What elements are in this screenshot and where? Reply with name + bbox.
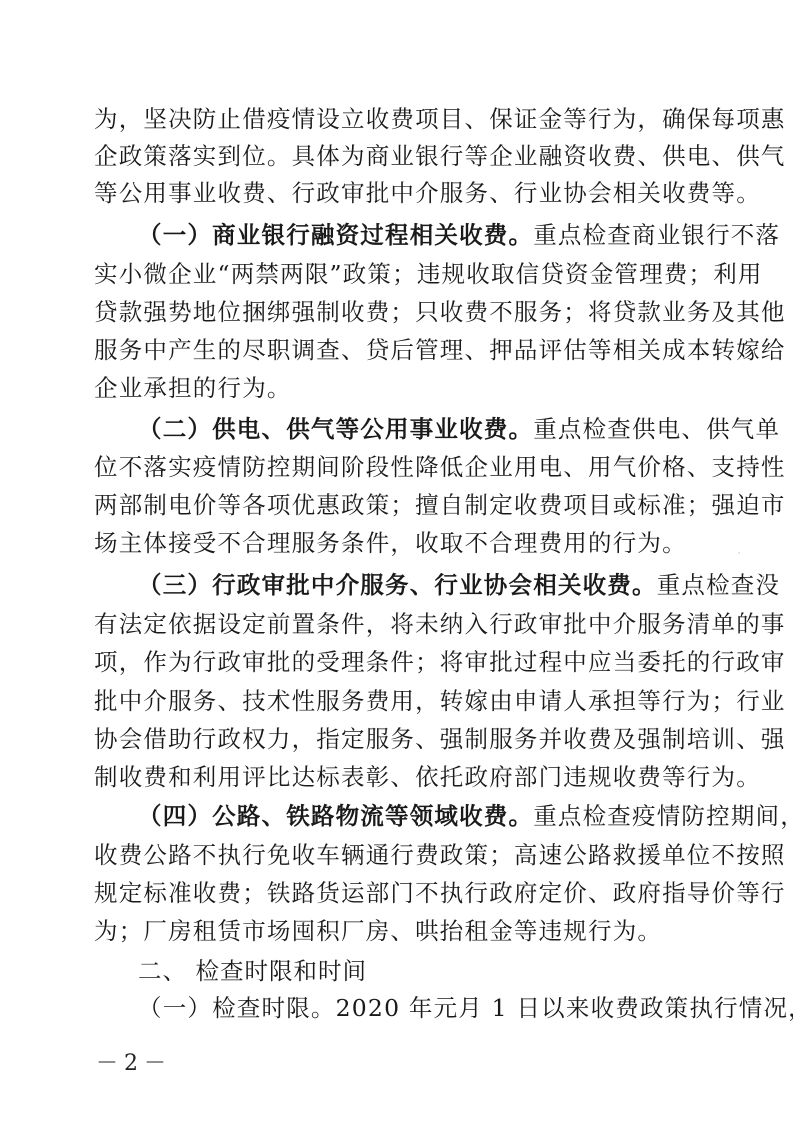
section-1-line: 企业承担的行为。 — [94, 373, 292, 403]
intro-line-3: 等公用事业收费、行政审批中介服务、行业协会相关收费等。 — [94, 178, 761, 208]
section-1-first-line: （一）商业银行融资过程相关收费。重点检查商业银行不落 — [138, 220, 780, 250]
section-3-heading: （三）行政审批中介服务、行业协会相关收费。 — [138, 571, 657, 599]
section-2-line: 场主体接受不合理服务条件，收取不合理费用的行为。 — [94, 528, 687, 558]
section-1-heading: （一）商业银行融资过程相关收费。 — [138, 221, 533, 249]
section-2-line: 两部制电价等各项优惠政策；擅自制定收费项目或标准；强迫市 — [94, 490, 786, 520]
section-3-line: 协会借助行政权力，指定服务、强制服务并收费及强制培训、强 — [94, 724, 786, 754]
part-two-sub-label: （一）检查时限。 — [138, 994, 336, 1022]
intro-line-1: 为，坚决防止借疫情设立收费项目、保证金等行为，确保每项惠 — [94, 104, 786, 134]
page-number: －2－ — [96, 1046, 172, 1077]
section-4-heading: （四）公路、铁路物流等领域收费。 — [138, 802, 533, 830]
section-3-first-text: 重点检查没 — [657, 571, 781, 599]
section-2-heading: （二）供电、供气等公用事业收费。 — [138, 415, 533, 443]
section-3-line: 制收费和利用评比达标表彰、依托政府部门违规收费等行为。 — [94, 762, 761, 792]
section-4-line: 规定标准收费；铁路货运部门不执行政府定价、政府指导价等行 — [94, 878, 786, 908]
scan-speck — [738, 552, 740, 554]
section-2-line: 位不落实疫情防控期间阶段性降低企业用电、用气价格、支持性 — [94, 452, 786, 482]
section-4-line: 为；厂房租赁市场囤积厂房、哄抬租金等违规行为。 — [94, 916, 662, 946]
intro-line-2: 企政策落实到位。具体为商业银行等企业融资收费、供电、供气 — [94, 141, 786, 171]
section-1-first-text: 重点检查商业银行不落 — [533, 221, 780, 249]
section-3-line: 项，作为行政审批的受理条件；将审批过程中应当委托的行政审 — [94, 647, 786, 677]
section-4-line: 收费公路不执行免收车辆通行费政策；高速公路救援单位不按照 — [94, 840, 786, 870]
document-page: 为，坚决防止借疫情设立收费项目、保证金等行为，确保每项惠 企政策落实到位。具体为… — [0, 0, 793, 1123]
part-two-sub-line: （一）检查时限。2020 年元月 1 日以来收费政策执行情况， — [138, 993, 793, 1023]
section-3-first-line: （三）行政审批中介服务、行业协会相关收费。重点检查没 — [138, 570, 780, 600]
section-3-line: 有法定依据设定前置条件，将未纳入行政审批中介服务清单的事 — [94, 609, 786, 639]
scan-speck — [738, 900, 740, 902]
section-1-line: 服务中产生的尽职调查、贷后管理、押品评估等相关成本转嫁给 — [94, 335, 786, 365]
section-2-first-line: （二）供电、供气等公用事业收费。重点检查供电、供气单 — [138, 414, 780, 444]
section-1-line: 贷款强势地位捆绑强制收费；只收费不服务；将贷款业务及其他 — [94, 297, 786, 327]
part-two-heading: 二、 检查时限和时间 — [138, 956, 367, 986]
section-4-first-text: 重点检查疫情防控期间， — [533, 802, 793, 830]
part-two-sub-text: 2020 年元月 1 日以来收费政策执行情况， — [336, 994, 793, 1022]
section-4-first-line: （四）公路、铁路物流等领域收费。重点检查疫情防控期间， — [138, 801, 793, 831]
section-2-first-text: 重点检查供电、供气单 — [533, 415, 780, 443]
section-3-line: 批中介服务、技术性服务费用，转嫁由申请人承担等行为；行业 — [94, 686, 786, 716]
section-1-line: 实小微企业“两禁两限”政策；违规收取信贷资金管理费；利用 — [94, 259, 763, 289]
